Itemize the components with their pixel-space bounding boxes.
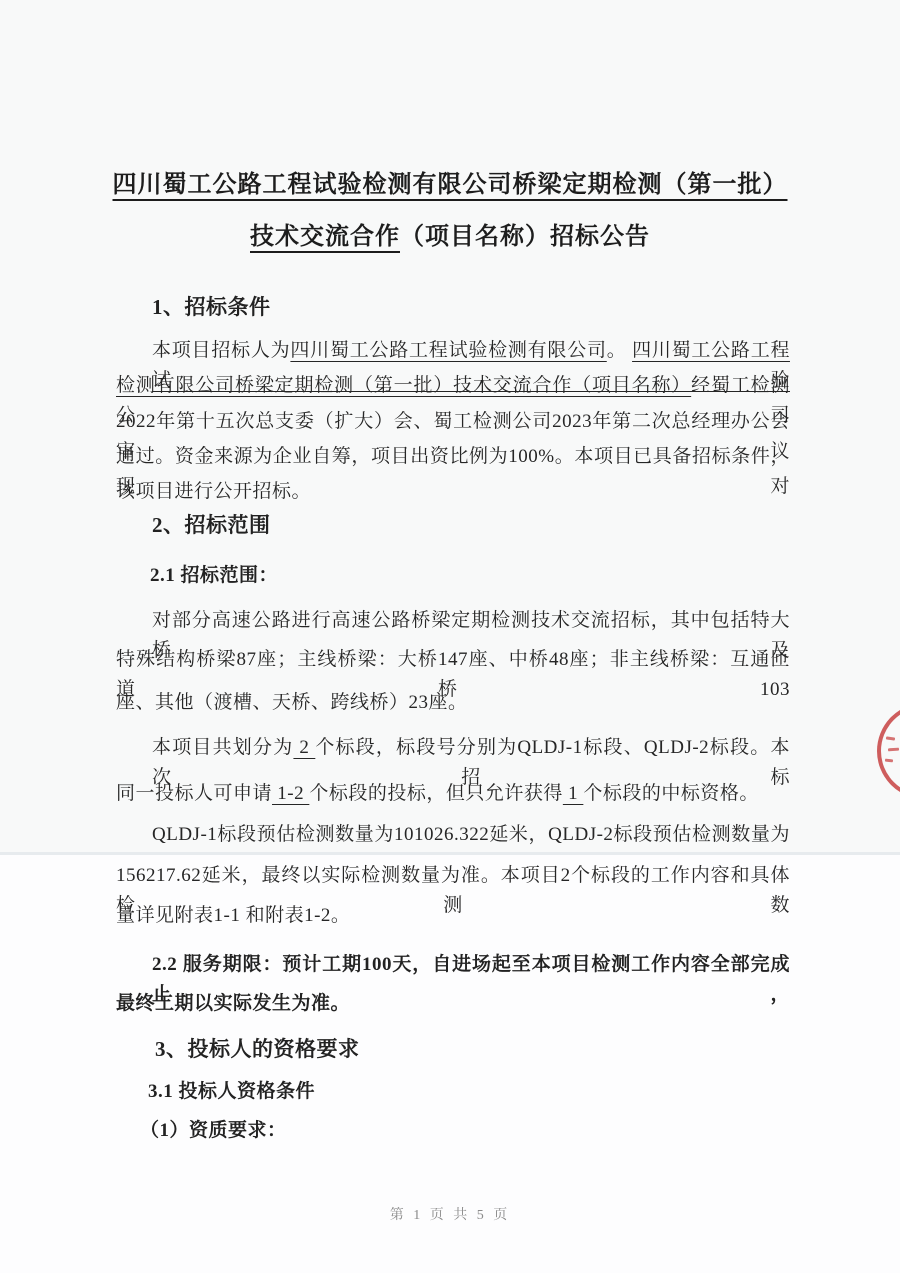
p3-text: 个标段的中标资格。 [583,783,759,804]
section-2-1-heading: 2.1 招标范围： [150,561,278,591]
page-number: 第 1 页 共 5 页 [0,1201,900,1231]
p1-underlined-project-cont: 检测有限公司桥梁定期检测（第一批）技术交流合作（项目名称） [116,375,691,396]
section-3-1-heading: 3.1 投标人资格条件 [148,1077,315,1107]
p3-text: 同一投标人可申请 [116,783,272,804]
p3-text: 个标段的投标，但只允许获得 [309,783,563,804]
p3-underlined-apply-range: 1-2 [272,783,309,804]
document-title-line2: 技术交流合作（项目名称）招标公告 [0,222,900,252]
section-2-heading: 2、招标范围 [152,510,271,540]
paragraph-3-line-2: 同一投标人可申请 1-2 个标段的投标，但只允许获得 1 个标段的中标资格。 [116,779,790,809]
p1-underlined-company: 四川蜀工公路工程试验检测有限公司 [290,340,606,361]
p3-underlined-win-count: 1 [563,783,584,804]
p1-text: 。 [607,340,632,361]
paragraph-1-line-5: 该项目进行公开招标。 [116,477,790,507]
paragraph-2-line-3: 座、其他（渡槽、天桥、跨线桥）23座。 [116,688,790,718]
qualification-item-1: （1）资质要求： [140,1116,287,1146]
paragraph-4-line-1: QLDJ-1标段预估检测数量为101026.322延米，QLDJ-2标段预估检测… [152,820,790,850]
section-3-heading: 3、投标人的资格要求 [155,1034,360,1064]
p3-underlined-lot-count: 2 [293,737,315,758]
title-line2-underlined: 技术交流合作 [250,224,400,250]
title-text-underlined: 四川蜀工公路工程试验检测有限公司桥梁定期检测（第一批） [113,172,788,198]
document-title-line1: 四川蜀工公路工程试验检测有限公司桥梁定期检测（第一批） [0,170,900,200]
section-2-2-line-2: 最终工期以实际发生为准。 [116,989,790,1019]
p1-text: 本项目招标人为 [152,340,290,361]
title-line2-rest: （项目名称）招标公告 [400,224,650,250]
paragraph-4-line-3: 量详见附表1-1 和附表1-2。 [116,901,790,931]
document-page: 四川蜀工公路工程试验检测有限公司桥梁定期检测（第一批） 技术交流合作（项目名称）… [0,0,900,1273]
section-1-heading: 1、招标条件 [152,292,271,322]
p3-text: 本项目共划分为 [152,737,293,758]
